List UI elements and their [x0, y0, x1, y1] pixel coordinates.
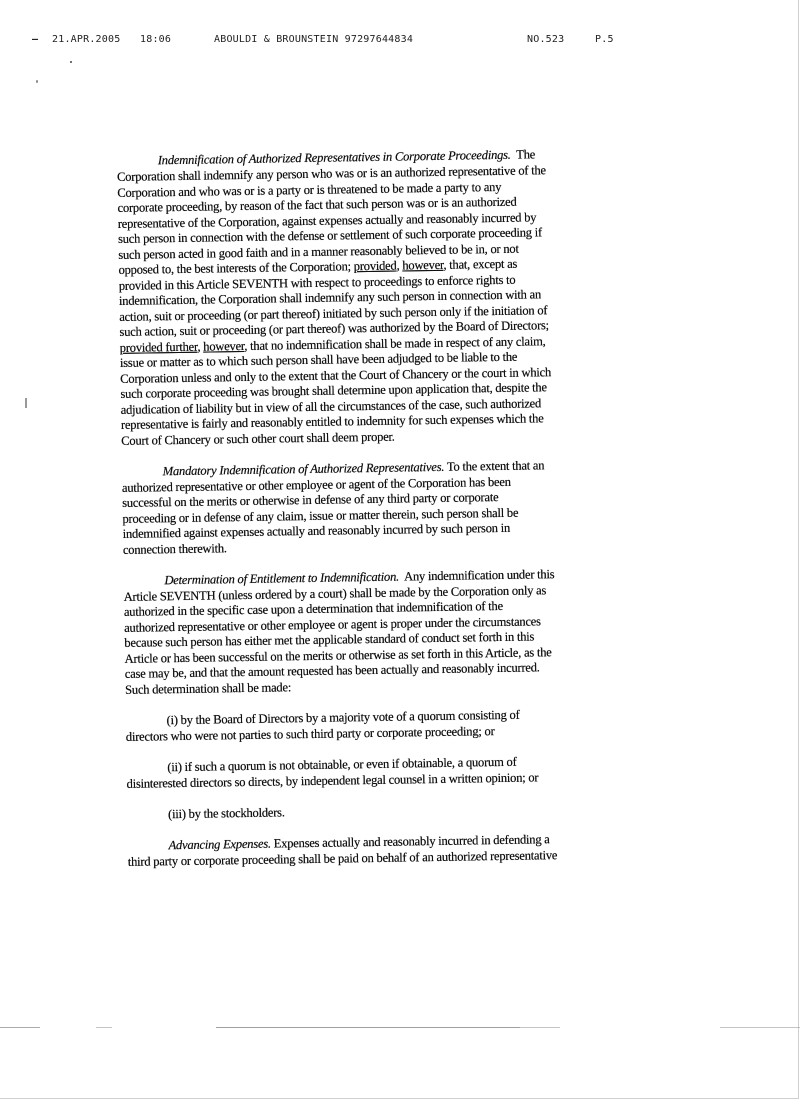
document-body: Indemnification of Authorized Representa…	[0, 0, 800, 1100]
emphasis-provided: provided	[354, 259, 397, 274]
emphasis-provided-further: provided further	[120, 339, 198, 354]
section-indemnification-corporate-proceedings: Indemnification of Authorized Representa…	[0, 0, 792, 6]
emphasis-however: however	[203, 338, 244, 353]
paragraph-line: connection therewith.	[123, 541, 227, 558]
scan-artifact-line	[0, 1027, 800, 1028]
paragraph-line: Such determination shall be made:	[125, 680, 291, 698]
section-advancing-expenses: Advancing Expenses. Expenses actually an…	[0, 0, 792, 6]
determination-methods-list: (i) by the Board of Directors by a major…	[0, 0, 792, 6]
section-heading: Advancing Expenses.	[168, 837, 270, 853]
emphasis-however: however	[402, 258, 443, 273]
fax-page: — 21.APR.2005 18:06 ABOULDI & BROUNSTEIN…	[0, 0, 799, 1099]
section-heading: Determination of Entitlement to Indemnif…	[164, 570, 399, 588]
section-determination-of-entitlement: Determination of Entitlement to Indemnif…	[0, 0, 792, 6]
paragraph-line: Court of Chancery or such other court sh…	[121, 429, 395, 448]
section-mandatory-indemnification: Mandatory Indemnification of Authorized …	[0, 0, 792, 6]
list-item-first-line: (iii) by the stockholders.	[168, 805, 285, 822]
